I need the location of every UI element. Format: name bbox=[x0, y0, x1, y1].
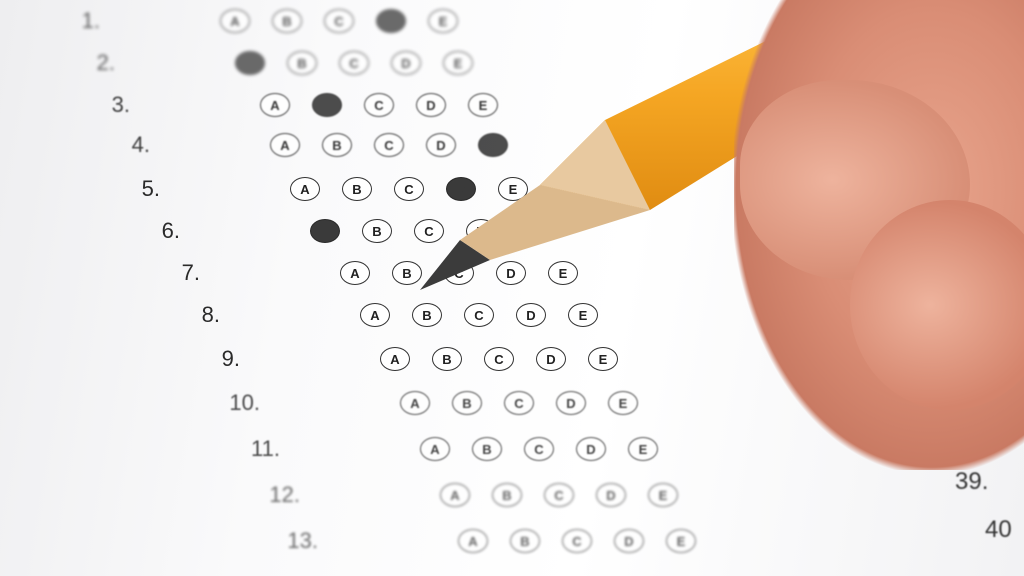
question-number: 12. bbox=[240, 482, 300, 508]
bubble-d[interactable]: D bbox=[391, 51, 421, 75]
bubble-e[interactable]: E bbox=[498, 177, 528, 201]
bubble-b[interactable]: B bbox=[412, 303, 442, 327]
bubble-b[interactable]: B bbox=[392, 261, 422, 285]
bubble-a[interactable]: A bbox=[380, 347, 410, 371]
bubble-a[interactable]: A bbox=[420, 437, 450, 461]
bubble-d-filled[interactable]: D bbox=[446, 177, 476, 201]
bubble-c[interactable]: C bbox=[562, 529, 592, 553]
bubble-c[interactable]: C bbox=[504, 391, 534, 415]
bubble-a[interactable]: A bbox=[340, 261, 370, 285]
bubble-c[interactable]: C bbox=[444, 261, 474, 285]
bubble-e[interactable]: E bbox=[468, 93, 498, 117]
question-row-10: 10. ABCDE bbox=[200, 390, 660, 416]
bubble-d[interactable]: D bbox=[556, 391, 586, 415]
bubble-c[interactable]: C bbox=[524, 437, 554, 461]
bubble-d[interactable]: D bbox=[496, 261, 526, 285]
bubble-b[interactable]: B bbox=[362, 219, 392, 243]
question-row-5: 5. ABCDE bbox=[100, 176, 550, 202]
question-number: 8. bbox=[160, 302, 220, 328]
question-row-11: 11. ABCDE bbox=[220, 436, 680, 462]
question-number: 4. bbox=[90, 132, 150, 158]
question-row-4: 4. ABCDE bbox=[90, 132, 530, 158]
bubble-b[interactable]: B bbox=[342, 177, 372, 201]
bubble-d[interactable]: D bbox=[516, 303, 546, 327]
question-number-40: 40 bbox=[985, 516, 1012, 544]
bubble-e[interactable]: E bbox=[628, 437, 658, 461]
bubble-e[interactable]: E bbox=[443, 51, 473, 75]
question-number: 9. bbox=[180, 346, 240, 372]
bubble-d[interactable]: D bbox=[426, 133, 456, 157]
question-row-9: 9. ABCDE bbox=[180, 346, 640, 372]
bubble-c[interactable]: C bbox=[544, 483, 574, 507]
bubble-e-filled[interactable]: E bbox=[478, 133, 508, 157]
question-row-8: 8. ABCDE bbox=[160, 302, 620, 328]
bubble-b[interactable]: B bbox=[432, 347, 462, 371]
question-number: 2. bbox=[55, 50, 115, 76]
bubble-b[interactable]: B bbox=[322, 133, 352, 157]
bubble-b[interactable]: B bbox=[510, 529, 540, 553]
bubble-b[interactable]: B bbox=[472, 437, 502, 461]
question-number: 10. bbox=[200, 390, 260, 416]
bubble-d[interactable]: D bbox=[596, 483, 626, 507]
bubble-a[interactable]: A bbox=[220, 9, 250, 33]
question-number-39: 39. bbox=[955, 468, 988, 496]
bubble-d[interactable]: D bbox=[576, 437, 606, 461]
bubble-d-filled[interactable]: D bbox=[376, 9, 406, 33]
question-number: 5. bbox=[100, 176, 160, 202]
bubble-b[interactable]: B bbox=[272, 9, 302, 33]
question-number: 13. bbox=[258, 528, 318, 554]
bubble-e[interactable]: E bbox=[666, 529, 696, 553]
bubble-e[interactable]: E bbox=[518, 219, 548, 243]
bubble-e[interactable]: E bbox=[428, 9, 458, 33]
bubble-b[interactable]: B bbox=[452, 391, 482, 415]
bubble-e[interactable]: E bbox=[608, 391, 638, 415]
bubble-a[interactable]: A bbox=[458, 529, 488, 553]
bubble-a[interactable]: A bbox=[360, 303, 390, 327]
question-row-12: 12. ABCDE bbox=[240, 482, 700, 508]
bubble-c[interactable]: C bbox=[374, 133, 404, 157]
bubble-e[interactable]: E bbox=[548, 261, 578, 285]
bubble-e[interactable]: E bbox=[648, 483, 678, 507]
bubble-c[interactable]: C bbox=[339, 51, 369, 75]
bubble-c[interactable]: C bbox=[464, 303, 494, 327]
question-row-7: 7. ABCDE bbox=[140, 260, 600, 286]
bubble-a-filled[interactable]: A bbox=[310, 219, 340, 243]
bubble-d[interactable]: D bbox=[466, 219, 496, 243]
question-number: 1. bbox=[40, 8, 100, 34]
bubble-a[interactable]: A bbox=[260, 93, 290, 117]
bubble-c[interactable]: C bbox=[364, 93, 394, 117]
bubble-a[interactable]: A bbox=[400, 391, 430, 415]
question-row-6: 6. ABCDE bbox=[120, 218, 570, 244]
bubble-c[interactable]: C bbox=[414, 219, 444, 243]
bubble-b[interactable]: B bbox=[287, 51, 317, 75]
question-number: 3. bbox=[70, 92, 130, 118]
question-row-13: 13. ABCDE bbox=[258, 528, 718, 554]
question-row-3: 3. ABCDE bbox=[70, 92, 520, 118]
question-number: 11. bbox=[220, 436, 280, 462]
bubble-e[interactable]: E bbox=[568, 303, 598, 327]
bubble-a[interactable]: A bbox=[270, 133, 300, 157]
bubble-a-filled[interactable]: A bbox=[235, 51, 265, 75]
question-number: 7. bbox=[140, 260, 200, 286]
question-number: 6. bbox=[120, 218, 180, 244]
bubble-b[interactable]: B bbox=[492, 483, 522, 507]
bubble-b-filled[interactable]: B bbox=[312, 93, 342, 117]
bubble-d[interactable]: D bbox=[536, 347, 566, 371]
bubble-c[interactable]: C bbox=[324, 9, 354, 33]
bubble-c[interactable]: C bbox=[394, 177, 424, 201]
question-row-2: 2. ABCDE bbox=[55, 50, 495, 76]
question-row-1: 1. ABCDE bbox=[40, 8, 480, 34]
bubble-a[interactable]: A bbox=[290, 177, 320, 201]
bubble-e[interactable]: E bbox=[588, 347, 618, 371]
bubble-a[interactable]: A bbox=[440, 483, 470, 507]
bubble-d[interactable]: D bbox=[614, 529, 644, 553]
bubble-c[interactable]: C bbox=[484, 347, 514, 371]
bubble-d[interactable]: D bbox=[416, 93, 446, 117]
